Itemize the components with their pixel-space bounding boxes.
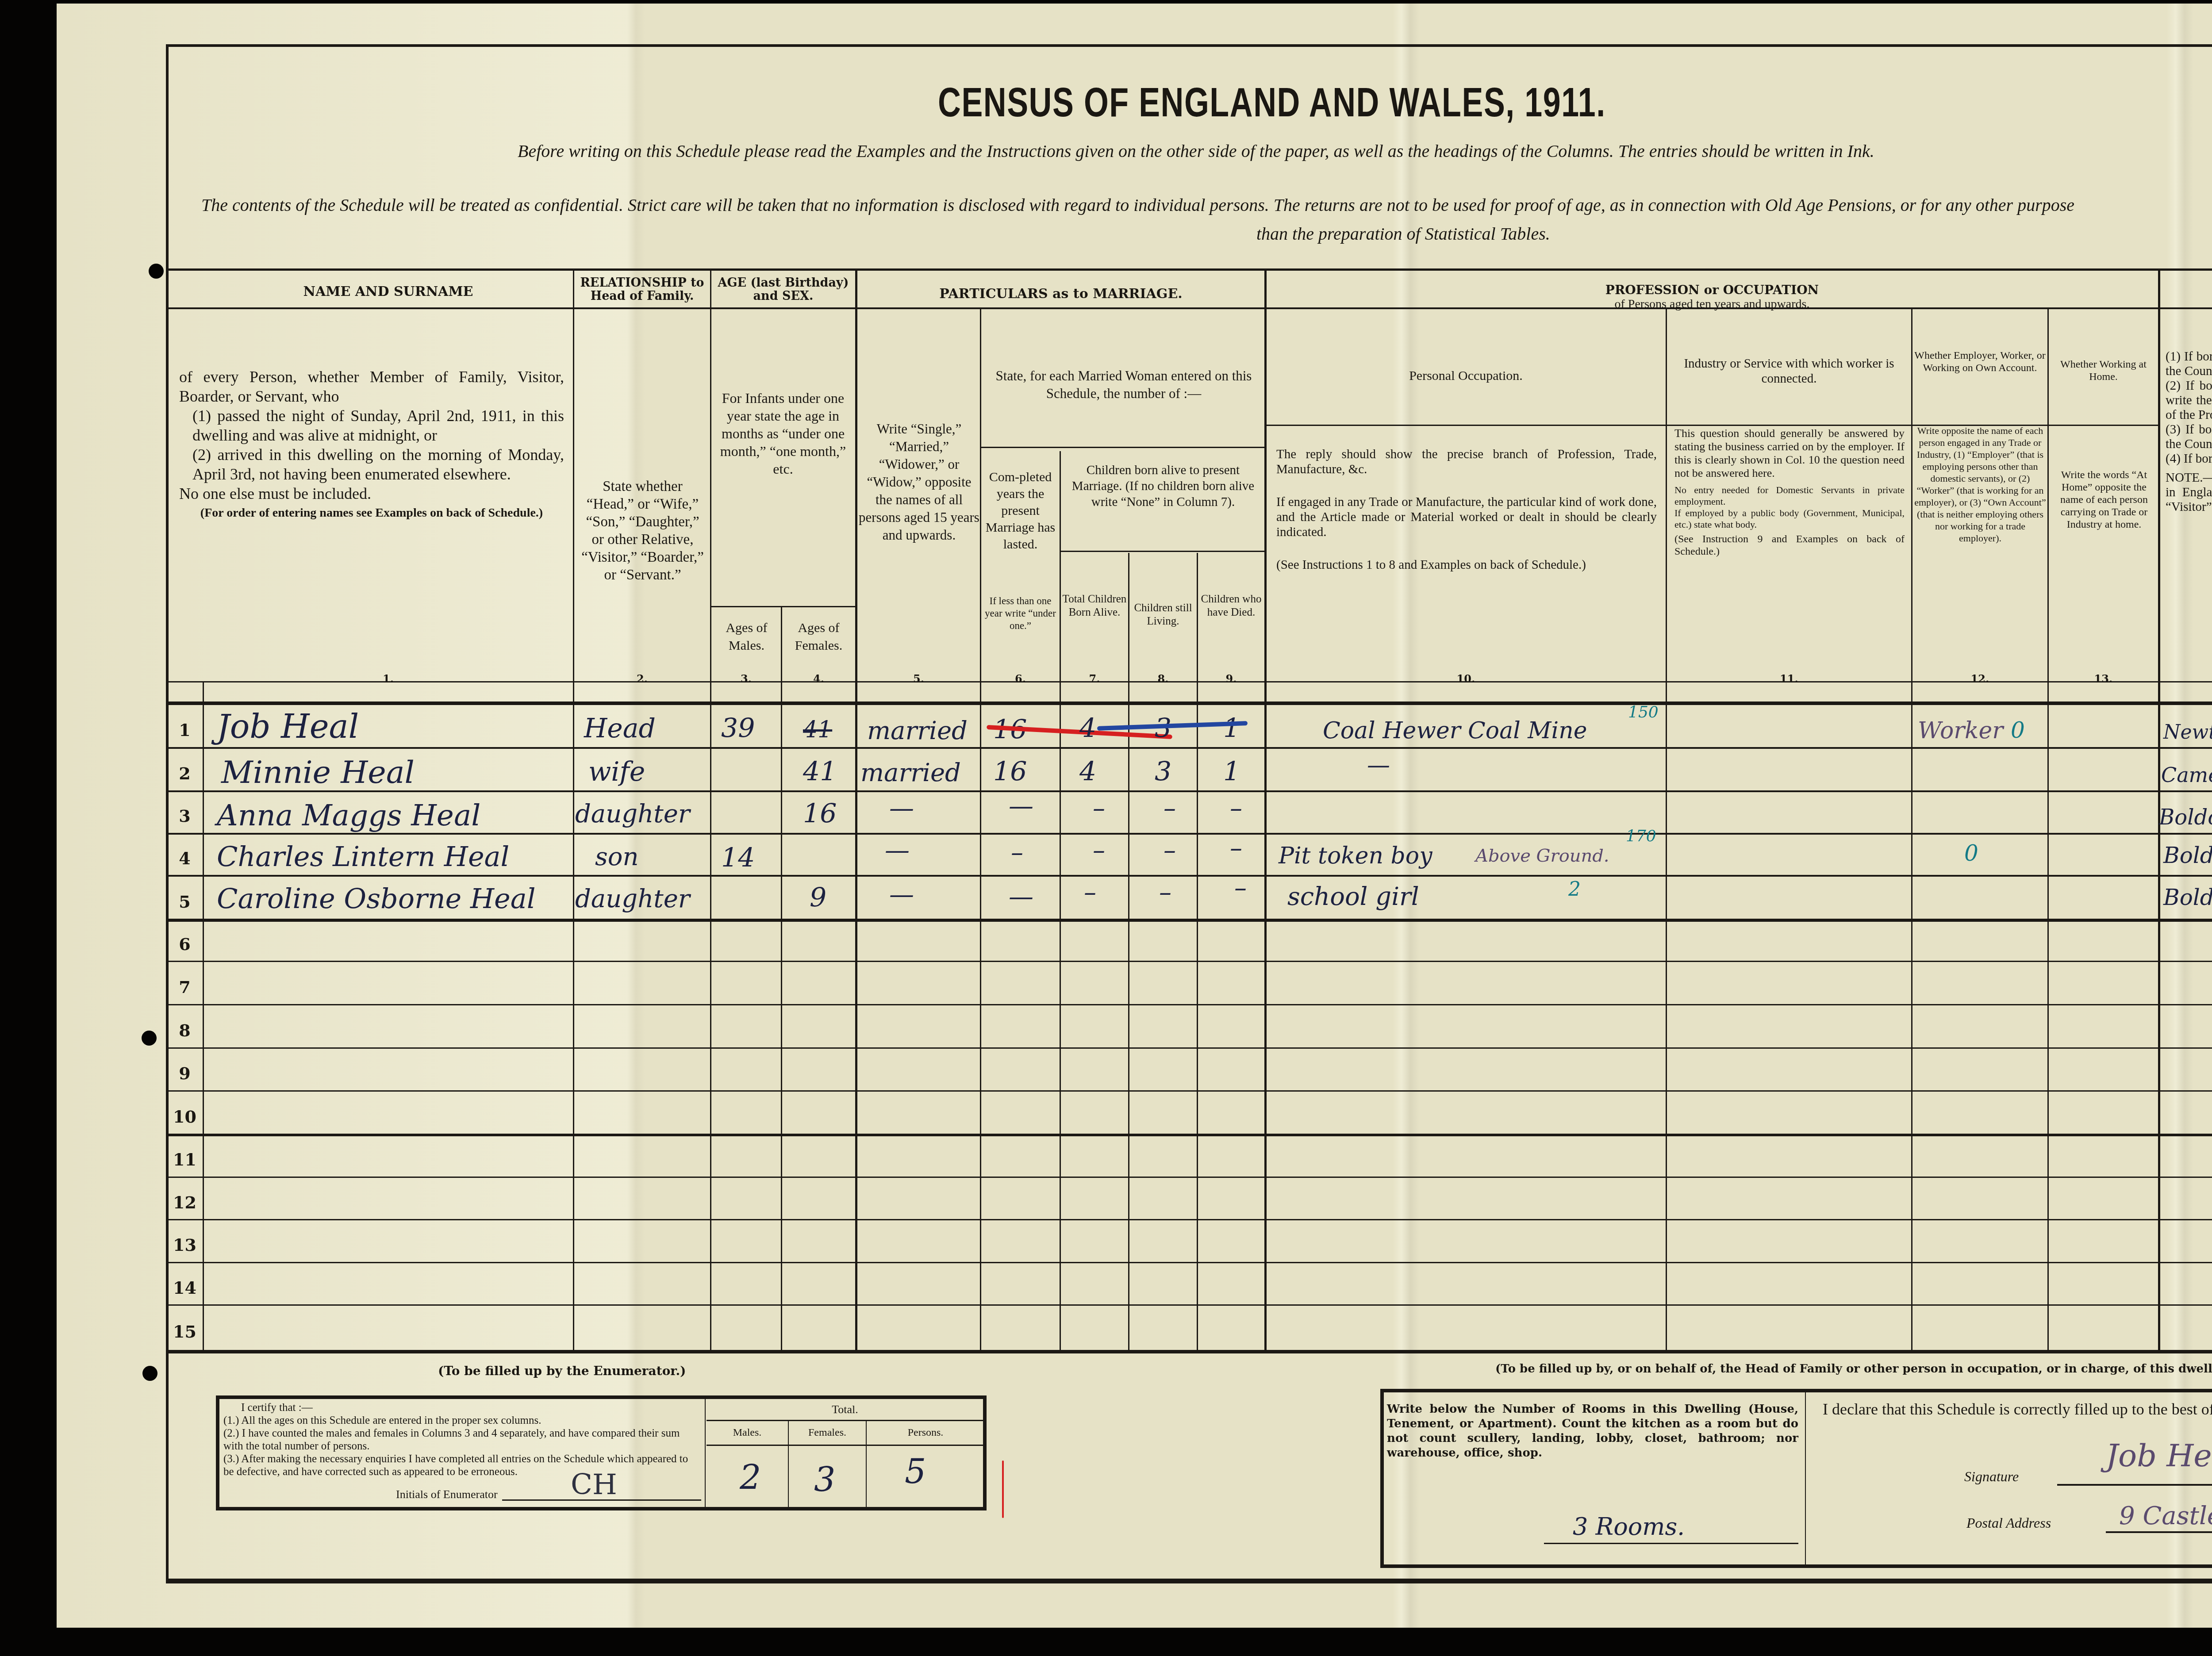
col-divider [1264,268,1267,1350]
occupation-column-subheading: of Persons aged ten years and upwards. [1266,297,2158,311]
row-2-occupation: — [1367,752,1390,778]
row-4-occupation-code: 170 [1626,827,1656,845]
children-died-label: Children who have Died. [1198,593,1264,619]
red-check-mark [1002,1460,1004,1518]
row-rule [166,1004,2212,1005]
initials-value: CH [571,1468,617,1501]
industry-description: This question should generally be answer… [1674,427,1905,558]
ages-of-females-label: Ages of Females. [782,619,855,655]
birthplace-desc-2: (2) If born in any other part of the Bri… [2166,379,2212,422]
row-4-years-married: – [1011,838,1023,867]
row-number: 1 [168,720,201,740]
certify-3: (3.) After making the necessary enquirie… [223,1453,701,1478]
children-still-living-label: Children still Living. [1129,602,1197,628]
females-total-value: 3 [814,1460,835,1499]
row-3-birthplace: Boldon, Durham [2159,805,2212,830]
row-4-still-living: – [1164,836,1176,865]
females-label: Females. [789,1425,866,1440]
row-4-name: Charles Lintern Heal [217,840,509,873]
punch-hole [142,1366,157,1381]
married-woman-description: State, for each Married Woman entered on… [984,367,1263,402]
col-divider [710,268,711,1350]
row-2-years-married: 16 [993,756,1027,787]
row-1-occupation-code: 150 [1628,703,1659,721]
col-divider [1060,451,1061,1350]
row-1-total-born: 4 [1079,713,1096,744]
row-5-condition: — [889,880,914,909]
age-column-description: For Infants under one year state the age… [714,389,852,478]
at-home-heading: Whether Working at Home. [2049,358,2158,383]
row-5-occupation-code: 2 [1568,878,1581,901]
row-number: 13 [168,1235,201,1255]
row-rule [166,790,2212,792]
row-number: 8 [168,1020,201,1040]
row-3-still-living: – [1164,794,1176,823]
postal-address-label: Postal Address [1966,1515,2051,1531]
age-column-heading: AGE (last Birthday) and SEX. [711,276,855,303]
industry-desc-2: No entry needed for Domestic Servants in… [1674,484,1905,507]
col-divider [980,307,981,1350]
marriage-condition-description: Write “Single,” “Married,” “Widower,” or… [858,420,980,544]
personal-occupation-heading: Personal Occupation. [1266,367,1666,385]
column-number: 12. [1912,672,2047,685]
industry-desc-4: (See Instruction 9 and Examples on back … [1674,533,1905,558]
row-5-died: – [1234,874,1247,902]
row-rule [166,1134,2212,1136]
birthplace-desc-1: (1) If born in the United Kingdom, write… [2166,349,2212,379]
personal-desc-1: The reply should show the precise branch… [1276,447,1657,477]
persons-label: Persons. [867,1425,984,1440]
children-split-rule [1061,551,1264,552]
row-4-occupation: Pit token boy [1279,843,1432,869]
row-number: 11 [168,1150,201,1169]
industry-desc-3: If employed by a public body (Government… [1674,507,1905,530]
row-rule [166,1047,2212,1049]
row-4-occupation-annotation: Above Ground. [1475,846,1609,866]
row-5-years-married: — [1009,882,1033,911]
row-number: 12 [168,1192,201,1212]
col-divider [573,268,574,1350]
column-number: 2. [574,672,710,685]
row-rule [166,833,2212,835]
ages-of-males-label: Ages of Males. [712,619,781,655]
column-number: 13. [2049,672,2158,685]
row-5-total-born: – [1084,878,1096,907]
column-number: 10. [1266,672,1666,685]
row-number: 10 [168,1107,201,1127]
column-number: 5. [857,672,980,685]
row-rule [166,1177,2212,1178]
row-1-condition: married [867,717,968,745]
row-5-still-living: – [1159,878,1171,907]
certification-text: I certify that :— (1.) All the ages on t… [223,1401,701,1478]
rooms-instruction: Write below the Number of Rooms in this … [1387,1402,1798,1460]
column-number: 4. [782,672,855,685]
col-divider [203,682,204,1350]
row-rule [166,919,2212,922]
birthplace-subheading: of every person. [2160,297,2212,315]
row-rule [166,1219,2212,1220]
birthplace-note: NOTE.—In the case of persons born elsewh… [2166,471,2212,514]
row-2-age-female: 41 [803,756,837,787]
row-number: 15 [168,1322,201,1342]
row-number: 3 [168,806,201,826]
row-rule [166,1262,2212,1263]
head-section-title: (To be filled up by, or on behalf of, th… [1495,1362,2212,1376]
years-married-description: Com-pleted years the present Marriage ha… [981,469,1060,553]
row-2-relationship: wife [588,756,645,787]
column-number: 6. [981,672,1060,685]
row-1-birthplace: Newtown Somersetshire [2163,721,2212,744]
persons-total-value: 5 [905,1452,926,1491]
row-2-total-born: 4 [1079,756,1096,787]
row-2-name: Minnie Heal [221,754,415,790]
row-1-employer-code: 0 [2011,717,2025,743]
column-number: 8. [1129,672,1197,685]
employer-description: Write opposite the name of each person e… [1914,425,2047,544]
row-number: 2 [168,763,201,783]
row-3-age-female: 16 [803,798,837,829]
children-description: Children born alive to present Marriage.… [1062,462,1264,510]
frame-bottom-bar [166,1579,2212,1583]
years-married-note: If less than one year write “under one.” [981,595,1060,632]
row-number: 9 [168,1063,201,1083]
males-total-value: 2 [740,1457,761,1497]
table-bottom-rule [166,1350,2212,1353]
personal-desc-2: If engaged in any Trade or Manufacture, … [1276,494,1657,540]
row-5-occupation: school girl [1287,882,1419,911]
at-home-description: Write the words “At Home” opposite the n… [2051,469,2157,531]
row-4-condition: — [885,836,910,865]
certify-2: (2.) I have counted the males and female… [223,1427,701,1453]
colnum-bottom-rule [166,701,2212,705]
row-rule [166,747,2212,749]
punch-hole [142,1031,157,1046]
postal-address-value: 9 Castle St. Castletown Hylton [2119,1502,2212,1530]
employer-heading: Whether Employer, Worker, or Working on … [1912,349,2047,374]
col-divider [1911,307,1912,1350]
signature-label: Signature [1964,1468,2019,1485]
row-2-birthplace: Camerton Somersetshire [2161,763,2212,787]
instruction-line: Before writing on this Schedule please r… [518,141,1874,161]
row-4-employer-code: 0 [1964,840,1978,866]
row-rule [166,1090,2212,1092]
punch-hole [149,264,164,279]
occupation-column-heading: PROFESSION or OCCUPATION [1266,283,2158,297]
col-divider [781,606,782,1350]
table-top-rule [166,268,2212,271]
marriage-split-rule [981,447,1264,448]
name-desc-3: No one else must be included. [179,484,564,503]
row-3-condition: — [889,794,914,823]
personal-occupation-description: The reply should show the precise branch… [1276,447,1657,572]
row-2-still-living: 3 [1155,756,1171,787]
row-4-age-male: 14 [721,843,755,874]
row-2-condition: married [860,759,961,787]
row-number: 4 [168,848,201,868]
enumerator-section-title: (To be filled up by the Enumerator.) [438,1364,686,1378]
signature-value: Job Heal [2106,1437,2212,1474]
total-label: Total. [706,1402,984,1417]
row-1-died: 1 [1223,713,1240,744]
row-3-relationship: daughter [575,800,690,828]
row-3-years-married: — [1009,792,1033,820]
row-number: 7 [168,977,201,997]
males-label: Males. [707,1425,788,1440]
industry-desc-1: This question should generally be answer… [1674,427,1905,480]
column-number: 7. [1061,672,1128,685]
col-divider [1666,307,1667,1350]
row-rule [166,875,2212,877]
row-3-name: Anna Maggs Heal [217,798,480,832]
name-desc-4: (For order of entering names see Example… [179,503,564,523]
row-4-relationship: son [595,843,639,871]
row-1-name: Job Heal [217,708,359,746]
rooms-divider [1805,1392,1806,1565]
row-1-employer-status: Worker [1918,717,2003,744]
row-number: 6 [168,934,201,954]
name-desc-1: (1) passed the night of Sunday, April 2n… [179,406,564,445]
column-number: 14. [2160,672,2212,685]
certify-1: (1.) All the ages on this Schedule are e… [223,1414,701,1427]
row-4-died: – [1230,834,1242,862]
row-number: 5 [168,892,201,912]
name-column-heading: NAME AND SURNAME [204,283,573,301]
birthplace-desc-4: (4) If born at sea, write “At Sea.” [2166,452,2212,466]
declaration-text: I declare that this Schedule is correctl… [1823,1400,2212,1418]
row-number: 14 [168,1278,201,1298]
confidential-line-2: than the preparation of Statistical Tabl… [1256,223,1550,244]
row-5-relationship: daughter [575,885,690,913]
rooms-value: 3 Rooms. [1573,1513,1685,1541]
row-rule [166,961,2212,962]
birthplace-desc-3: (3) If born in a Foreign Country, write … [2166,422,2212,452]
birthplace-description: (1) If born in the United Kingdom, write… [2166,349,2212,514]
document-title: CENSUS OF ENGLAND AND WALES, 1911. [938,80,1606,126]
row-5-name: Caroline Osborne Heal [217,882,536,915]
age-split-rule [711,606,855,607]
row-5-birthplace: Boldon, Durham [2163,885,2212,910]
row-1-age-male: 39 [721,713,755,744]
row-5-age-female: 9 [810,882,826,913]
confidential-line: The contents of the Schedule will be tre… [201,195,2074,215]
industry-heading: Industry or Service with which worker is… [1667,356,1911,386]
col-divider [855,268,857,1350]
initials-label: Initials of Enumerator [396,1487,498,1502]
certify-intro: I certify that :— [223,1401,701,1414]
personal-desc-3: (See Instructions 1 to 8 and Examples on… [1276,557,1657,572]
column-number: 11. [1667,672,1911,685]
row-2-died: 1 [1223,756,1240,787]
col-divider [2047,307,2049,1350]
total-children-born-label: Total Children Born Alive. [1061,593,1128,619]
name-desc-intro: of every Person, whether Member of Famil… [179,367,564,406]
row-1-relationship: Head [584,713,656,744]
row-rule [166,1304,2212,1306]
column-number: 1. [204,672,573,685]
relationship-column-heading: RELATIONSHIP to Head of Family. [574,276,710,303]
row-1-occupation: Coal Hewer Coal Mine [1323,717,1587,744]
column-number: 3. [711,672,781,685]
name-desc-2: (2) arrived in this dwelling on the morn… [179,445,564,484]
row-4-birthplace: Boldon, Durham [2163,843,2212,868]
total-rule [707,1420,985,1421]
name-column-description: of every Person, whether Member of Famil… [179,367,564,523]
row-3-died: – [1230,794,1242,823]
postal-address-rule [2106,1531,2212,1533]
row-1-age-female-struck: 41 [803,717,832,743]
column-number: 9. [1198,672,1264,685]
row-3-total-born: – [1093,794,1105,823]
signature-rule [2057,1484,2212,1486]
birthplace-heading: BIRTHPLACE [2160,283,2212,296]
total-values-rule [707,1445,985,1446]
relationship-column-description: State whether “Head,” or “Wife,” “Son,” … [580,478,706,584]
row-4-total-born: – [1093,836,1105,865]
rooms-rule [1544,1543,1798,1544]
marriage-column-heading: PARTICULARS as to MARRIAGE. [857,285,1264,303]
